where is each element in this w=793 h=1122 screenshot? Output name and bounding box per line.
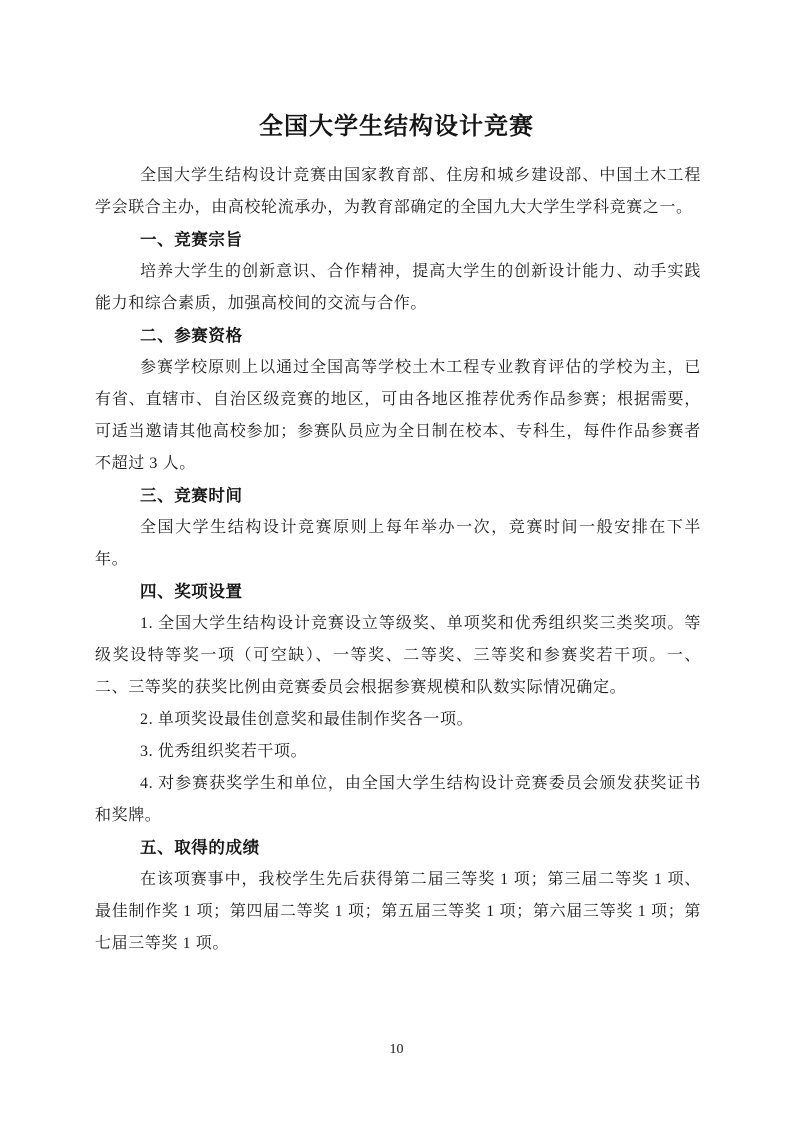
document-page: 全国大学生结构设计竞赛 全国大学生结构设计竞赛由国家教育部、住房和城乡建设部、中… (0, 0, 793, 1122)
section-awards-item-1: 1. 全国大学生结构设计竞赛设立等级奖、单项奖和优秀组织奖三类奖项。等级奖设特等… (95, 608, 701, 704)
document-body: 全国大学生结构设计竞赛由国家教育部、住房和城乡建设部、中国土木工程学会联合主办，… (95, 160, 701, 960)
section-awards-item-3: 3. 优秀组织奖若干项。 (95, 736, 701, 768)
section-purpose-paragraph: 培养大学生的创新意识、合作精神，提高大学生的创新设计能力、动手实践能力和综合素质… (95, 256, 701, 320)
page-number: 10 (0, 1040, 793, 1060)
section-heading-eligibility: 二、参赛资格 (95, 320, 701, 352)
section-schedule-paragraph: 全国大学生结构设计竞赛原则上每年举办一次，竞赛时间一般安排在下半年。 (95, 512, 701, 576)
section-heading-achievements: 五、取得的成绩 (95, 832, 701, 864)
section-achievements-paragraph: 在该项赛事中，我校学生先后获得第二届三等奖 1 项；第三届二等奖 1 项、最佳制… (95, 864, 701, 960)
page-title: 全国大学生结构设计竞赛 (0, 0, 793, 144)
section-heading-awards: 四、奖项设置 (95, 576, 701, 608)
section-awards-item-4: 4. 对参赛获奖学生和单位，由全国大学生结构设计竞赛委员会颁发获奖证书和奖牌。 (95, 768, 701, 832)
section-heading-schedule: 三、竞赛时间 (95, 480, 701, 512)
section-eligibility-paragraph: 参赛学校原则上以通过全国高等学校土木工程专业教育评估的学校为主，已有省、直辖市、… (95, 352, 701, 480)
intro-paragraph: 全国大学生结构设计竞赛由国家教育部、住房和城乡建设部、中国土木工程学会联合主办，… (95, 160, 701, 224)
section-heading-purpose: 一、竞赛宗旨 (95, 224, 701, 256)
section-awards-item-2: 2. 单项奖设最佳创意奖和最佳制作奖各一项。 (95, 704, 701, 736)
